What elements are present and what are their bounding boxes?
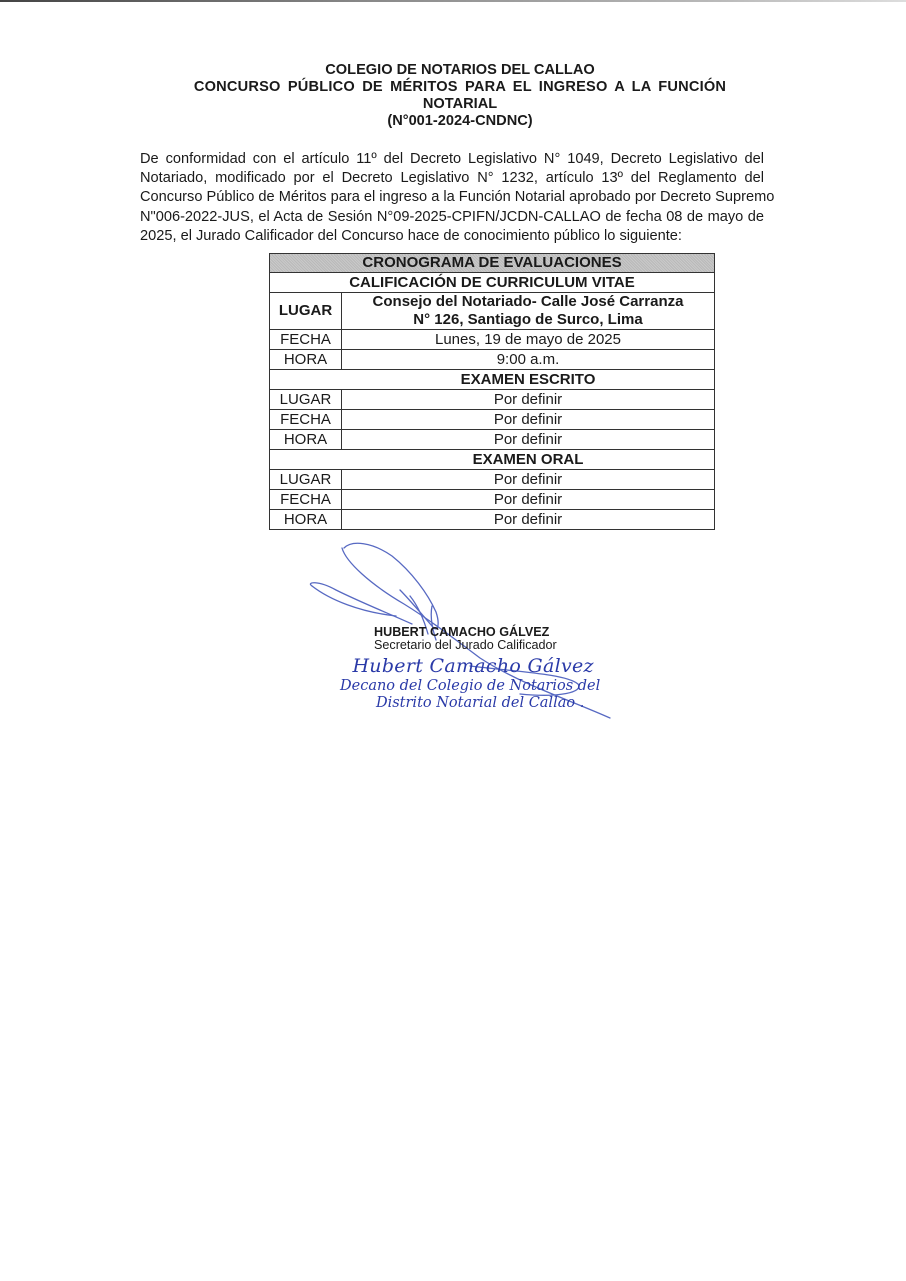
table-row: HORA Por definir (270, 510, 715, 530)
stamp-name: Hubert Camacho Gálvez (346, 655, 600, 677)
row-value: Por definir (342, 510, 715, 530)
table-row: HORA 9:00 a.m. (270, 350, 715, 370)
schedule-title-row: CRONOGRAMA DE EVALUACIONES (270, 254, 715, 273)
row-label: FECHA (270, 410, 342, 430)
section-heading-written: EXAMEN ESCRITO (270, 370, 715, 390)
row-label: FECHA (270, 330, 342, 350)
table-row: LUGAR Por definir (270, 470, 715, 490)
row-value: Por definir (342, 430, 715, 450)
section-heading-text: EXAMEN ESCRITO (389, 371, 596, 389)
schedule-title: CRONOGRAMA DE EVALUACIONES (270, 254, 715, 273)
section-heading-row: CALIFICACIÓN DE CURRICULUM VITAE (270, 273, 715, 293)
row-label: LUGAR (270, 470, 342, 490)
row-label: LUGAR (270, 293, 342, 330)
row-value: Lunes, 19 de mayo de 2025 (342, 330, 715, 350)
document-header: COLEGIO DE NOTARIOS DEL CALLAO CONCURSO … (180, 62, 740, 130)
section-heading-row: EXAMEN ESCRITO (270, 370, 715, 390)
row-label: HORA (270, 350, 342, 370)
signatory-block: HUBERT CAMACHO GÁLVEZ Secretario del Jur… (374, 626, 557, 652)
contest-title-cont: NOTARIAL (180, 96, 740, 113)
stamp-title-line: Distrito Notarial del Callao . (360, 695, 600, 711)
row-value: Por definir (342, 390, 715, 410)
row-value: 9:00 a.m. (342, 350, 715, 370)
row-value: Por definir (342, 470, 715, 490)
intro-paragraph: De conformidad con el artículo 11º del D… (140, 150, 764, 246)
row-value: Consejo del Notariado- Calle José Carran… (342, 293, 715, 330)
table-row: HORA Por definir (270, 430, 715, 450)
table-row: LUGAR Por definir (270, 390, 715, 410)
contest-title: CONCURSO PÚBLICO DE MÉRITOS PARA EL INGR… (180, 79, 740, 96)
table-row: FECHA Por definir (270, 410, 715, 430)
section-heading-row: EXAMEN ORAL (270, 450, 715, 470)
section-heading-oral: EXAMEN ORAL (270, 450, 715, 470)
section-heading-cv: CALIFICACIÓN DE CURRICULUM VITAE (270, 273, 715, 293)
table-row: LUGAR Consejo del Notariado- Calle José … (270, 293, 715, 330)
row-value: Por definir (342, 490, 715, 510)
intro-line: N"006-2022-JUS, el Acta de Sesión N°09-2… (140, 208, 764, 227)
row-value: Por definir (342, 410, 715, 430)
row-label: HORA (270, 430, 342, 450)
intro-line: De conformidad con el artículo 11º del D… (140, 150, 764, 169)
row-label: LUGAR (270, 390, 342, 410)
institution-name: COLEGIO DE NOTARIOS DEL CALLAO (180, 62, 740, 79)
intro-line: Notariado, modificado por el Decreto Leg… (140, 169, 764, 188)
row-value-line: N° 126, Santiago de Surco, Lima (342, 311, 714, 329)
table-row: FECHA Lunes, 19 de mayo de 2025 (270, 330, 715, 350)
contest-number: (N°001-2024-CNDNC) (180, 113, 740, 130)
official-stamp: Hubert Camacho Gálvez Decano del Colegio… (340, 655, 600, 711)
intro-line: Concurso Público de Méritos para el ingr… (140, 188, 764, 207)
row-label: FECHA (270, 490, 342, 510)
section-heading-text: EXAMEN ORAL (401, 451, 584, 469)
signatory-role: Secretario del Jurado Calificador (374, 638, 557, 652)
row-label: HORA (270, 510, 342, 530)
table-row: FECHA Por definir (270, 490, 715, 510)
row-value-line: Consejo del Notariado- Calle José Carran… (342, 293, 714, 311)
schedule-table: CRONOGRAMA DE EVALUACIONES CALIFICACIÓN … (269, 253, 715, 530)
scan-edge (0, 0, 906, 2)
stamp-title-line: Decano del Colegio de Notarios del (340, 677, 600, 695)
intro-line: 2025, el Jurado Calificador del Concurso… (140, 227, 764, 246)
